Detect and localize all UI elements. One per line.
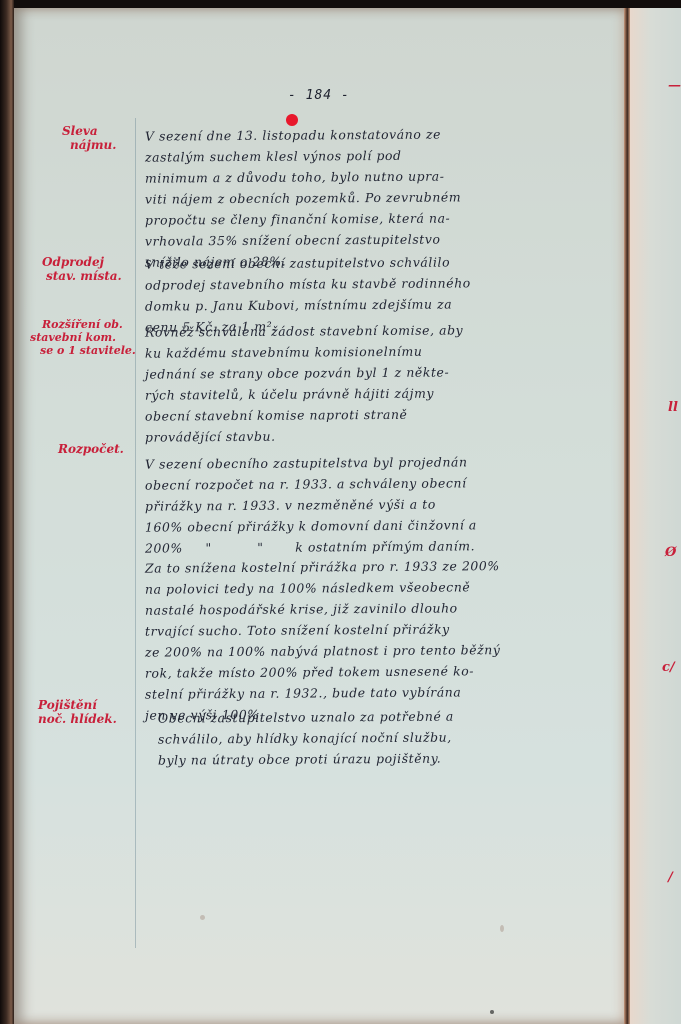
entry-rozpocet: V sezení obecního zastupitelstva byl pro… — [145, 452, 610, 557]
book-spine-edge — [0, 0, 14, 1024]
text-line: provádějící stavbu. — [145, 423, 610, 447]
paper-stain — [200, 915, 205, 920]
margin-note-odprodej: Odprodej stav. místa. — [42, 255, 122, 283]
entry-rozsireni-komise: Rovněž schválena žádost stavební komise,… — [145, 320, 610, 446]
entry-sleva-najmu: V sezení dne 13. listopadu konstatováno … — [145, 124, 610, 271]
margin-note-line: nájmu. — [62, 138, 116, 152]
margin-note-line: Odprodej — [42, 255, 122, 269]
margin-note-line: stav. místa. — [42, 269, 122, 283]
text-line: byly na útraty obce proti úrazu pojištěn… — [158, 746, 623, 770]
page-number: - 184 - — [288, 88, 350, 103]
margin-note-line: noč. hlídek. — [38, 712, 117, 726]
margin-note-line: stavební kom. — [30, 331, 136, 344]
margin-note-line: Sleva — [62, 124, 116, 138]
margin-note-line: Pojištění — [38, 698, 117, 712]
adjacent-page-red-mark: c/ — [662, 660, 675, 675]
adjacent-page-edge — [630, 8, 681, 1024]
margin-note-pojisteni: Pojištění noč. hlídek. — [38, 698, 117, 726]
adjacent-page-red-mark: / — [668, 870, 673, 885]
paper-stain — [490, 1010, 494, 1014]
entry-kostelni-prirazka: Za to snížena kostelní přirážka pro r. 1… — [145, 556, 610, 724]
margin-note-line: Rozšíření ob. — [30, 318, 136, 331]
photo-top-edge — [0, 0, 681, 8]
margin-note-rozpocet: Rozpočet. — [58, 442, 124, 456]
margin-rule-line — [135, 118, 136, 948]
margin-note-line: Rozpočet. — [58, 442, 124, 456]
adjacent-page-red-mark: ll — [668, 400, 678, 415]
margin-note-rozsireni: Rozšíření ob. stavební kom. se o 1 stavi… — [30, 318, 136, 357]
margin-note-line: se o 1 stavitele. — [30, 344, 136, 357]
paper-stain — [500, 925, 504, 932]
entry-pojisteni-hlidek: Obecní zastupitelstvo uznalo za potřebné… — [158, 706, 623, 769]
margin-note-sleva-najmu: Sleva nájmu. — [62, 124, 116, 152]
adjacent-page-red-mark: Ø — [665, 545, 676, 560]
adjacent-page-red-mark: — — [668, 78, 681, 93]
